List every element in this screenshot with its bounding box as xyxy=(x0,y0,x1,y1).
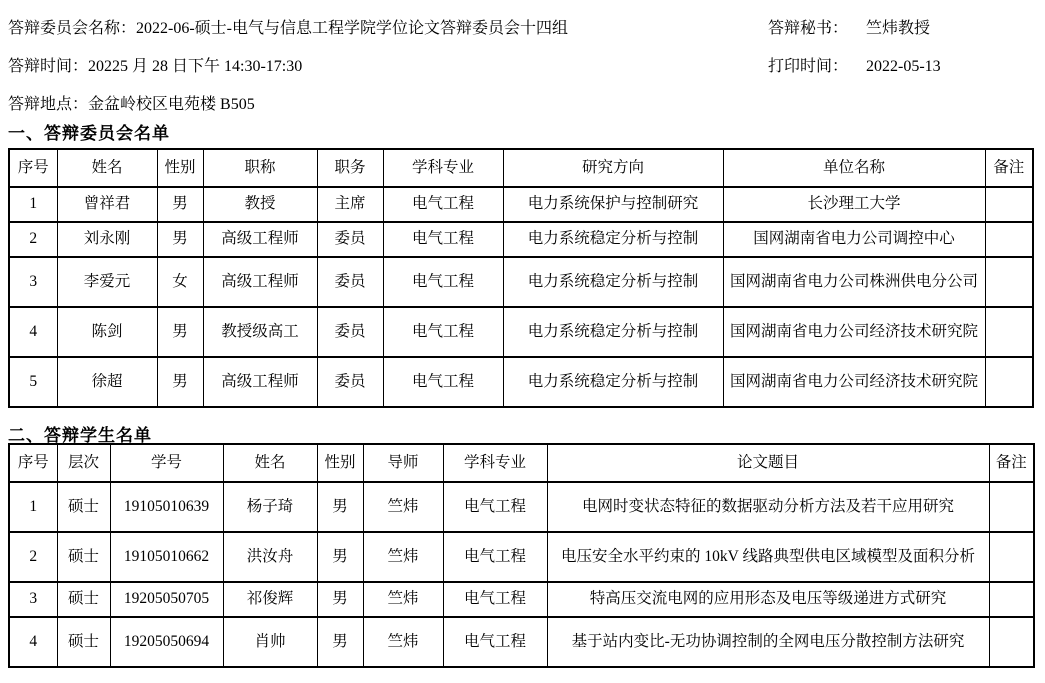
cell: 委员 xyxy=(317,222,383,257)
cell: 电力系统稳定分析与控制 xyxy=(503,307,723,357)
cell: 1 xyxy=(9,187,57,222)
cell: 电气工程 xyxy=(383,257,503,307)
cell: 刘永刚 xyxy=(57,222,157,257)
cell: 竺炜 xyxy=(363,532,443,582)
committee-name-value: 2022-06-硕士-电气与信息工程学院学位论文答辩委员会十四组 xyxy=(136,20,568,37)
column-header: 序号 xyxy=(9,149,57,187)
cell: 电力系统稳定分析与控制 xyxy=(503,222,723,257)
cell: 2 xyxy=(9,222,57,257)
cell xyxy=(985,257,1033,307)
column-header: 学号 xyxy=(110,444,223,482)
cell xyxy=(989,617,1034,667)
committee-name-label: 答辩委员会名称： xyxy=(8,20,136,37)
cell: 竺炜 xyxy=(363,617,443,667)
defense-time-value: 20225 月 28 日下午 14:30-17:30 xyxy=(88,58,302,75)
cell: 高级工程师 xyxy=(203,357,317,407)
cell: 国网湖南省电力公司株洲供电分公司 xyxy=(723,257,985,307)
defense-location-label: 答辩地点： xyxy=(8,96,88,113)
header-meta-right: 答辩秘书：竺炜教授 打印时间：2022-05-13 xyxy=(768,10,941,86)
cell xyxy=(989,532,1034,582)
column-header: 研究方向 xyxy=(503,149,723,187)
committee-name-line: 答辩委员会名称：2022-06-硕士-电气与信息工程学院学位论文答辩委员会十四组 xyxy=(8,10,568,48)
cell: 男 xyxy=(317,582,363,617)
cell: 4 xyxy=(9,307,57,357)
cell: 国网湖南省电力公司调控中心 xyxy=(723,222,985,257)
cell xyxy=(985,357,1033,407)
cell: 19205050705 xyxy=(110,582,223,617)
cell: 电力系统保护与控制研究 xyxy=(503,187,723,222)
committee-table: 序号姓名性别职称职务学科专业研究方向单位名称备注 1曾祥君男教授主席电气工程电力… xyxy=(8,148,1034,408)
cell: 电力系统稳定分析与控制 xyxy=(503,357,723,407)
cell: 男 xyxy=(317,532,363,582)
cell: 19105010662 xyxy=(110,532,223,582)
cell xyxy=(985,222,1033,257)
section1-title: 一、答辩委员会名单 xyxy=(8,119,170,144)
students-table-header-row: 序号层次学号姓名性别导师学科专业论文题目备注 xyxy=(9,444,1034,482)
cell xyxy=(985,307,1033,357)
cell: 基于站内变比-无功协调控制的全网电压分散控制方法研究 xyxy=(547,617,989,667)
cell: 男 xyxy=(157,187,203,222)
defense-time-line: 答辩时间：20225 月 28 日下午 14:30-17:30 xyxy=(8,48,568,86)
cell xyxy=(989,582,1034,617)
cell: 女 xyxy=(157,257,203,307)
column-header: 论文题目 xyxy=(547,444,989,482)
cell: 委员 xyxy=(317,357,383,407)
column-header: 职务 xyxy=(317,149,383,187)
column-header: 学科专业 xyxy=(383,149,503,187)
cell: 19205050694 xyxy=(110,617,223,667)
cell xyxy=(985,187,1033,222)
cell: 电力系统稳定分析与控制 xyxy=(503,257,723,307)
cell: 杨子琦 xyxy=(223,482,317,532)
table-row: 2硕士19105010662洪汝舟男竺炜电气工程电压安全水平约束的 10kV 线… xyxy=(9,532,1034,582)
cell: 1 xyxy=(9,482,57,532)
cell: 教授级高工 xyxy=(203,307,317,357)
cell: 祁俊辉 xyxy=(223,582,317,617)
table-row: 3李爱元女高级工程师委员电气工程电力系统稳定分析与控制国网湖南省电力公司株洲供电… xyxy=(9,257,1033,307)
committee-table-header-row: 序号姓名性别职称职务学科专业研究方向单位名称备注 xyxy=(9,149,1033,187)
print-time-line: 打印时间：2022-05-13 xyxy=(768,48,941,86)
print-time-label: 打印时间： xyxy=(768,58,848,75)
secretary-label: 答辩秘书： xyxy=(768,20,848,37)
cell: 电网时变状态特征的数据驱动分析方法及若干应用研究 xyxy=(547,482,989,532)
header-meta-left: 答辩委员会名称：2022-06-硕士-电气与信息工程学院学位论文答辩委员会十四组… xyxy=(8,10,568,124)
column-header: 备注 xyxy=(985,149,1033,187)
column-header: 层次 xyxy=(57,444,110,482)
cell: 电气工程 xyxy=(443,617,547,667)
cell: 肖帅 xyxy=(223,617,317,667)
column-header: 职称 xyxy=(203,149,317,187)
cell: 高级工程师 xyxy=(203,222,317,257)
cell: 5 xyxy=(9,357,57,407)
cell: 男 xyxy=(317,482,363,532)
cell: 电气工程 xyxy=(443,582,547,617)
cell: 曾祥君 xyxy=(57,187,157,222)
cell: 李爱元 xyxy=(57,257,157,307)
cell: 洪汝舟 xyxy=(223,532,317,582)
cell: 电压安全水平约束的 10kV 线路典型供电区域模型及面积分析 xyxy=(547,532,989,582)
cell: 陈剑 xyxy=(57,307,157,357)
cell: 特高压交流电网的应用形态及电压等级递进方式研究 xyxy=(547,582,989,617)
cell: 徐超 xyxy=(57,357,157,407)
cell: 男 xyxy=(157,222,203,257)
table-row: 5徐超男高级工程师委员电气工程电力系统稳定分析与控制国网湖南省电力公司经济技术研… xyxy=(9,357,1033,407)
cell: 电气工程 xyxy=(383,307,503,357)
column-header: 姓名 xyxy=(57,149,157,187)
cell: 国网湖南省电力公司经济技术研究院 xyxy=(723,357,985,407)
cell: 3 xyxy=(9,257,57,307)
cell: 硕士 xyxy=(57,617,110,667)
cell: 硕士 xyxy=(57,482,110,532)
table-row: 3硕士19205050705祁俊辉男竺炜电气工程特高压交流电网的应用形态及电压等… xyxy=(9,582,1034,617)
table-row: 4陈剑男教授级高工委员电气工程电力系统稳定分析与控制国网湖南省电力公司经济技术研… xyxy=(9,307,1033,357)
cell: 电气工程 xyxy=(383,187,503,222)
table-row: 4硕士19205050694肖帅男竺炜电气工程基于站内变比-无功协调控制的全网电… xyxy=(9,617,1034,667)
cell: 电气工程 xyxy=(383,357,503,407)
cell: 男 xyxy=(157,357,203,407)
document-page: 答辩委员会名称：2022-06-硕士-电气与信息工程学院学位论文答辩委员会十四组… xyxy=(0,0,1045,683)
cell: 竺炜 xyxy=(363,582,443,617)
column-header: 单位名称 xyxy=(723,149,985,187)
defense-location-value: 金盆岭校区电苑楼 B505 xyxy=(88,96,255,113)
column-header: 性别 xyxy=(157,149,203,187)
cell: 19105010639 xyxy=(110,482,223,532)
cell: 2 xyxy=(9,532,57,582)
cell: 男 xyxy=(157,307,203,357)
cell: 4 xyxy=(9,617,57,667)
cell: 硕士 xyxy=(57,532,110,582)
column-header: 学科专业 xyxy=(443,444,547,482)
print-time-value: 2022-05-13 xyxy=(866,58,941,75)
cell: 高级工程师 xyxy=(203,257,317,307)
column-header: 导师 xyxy=(363,444,443,482)
cell: 委员 xyxy=(317,257,383,307)
column-header: 序号 xyxy=(9,444,57,482)
table-row: 1曾祥君男教授主席电气工程电力系统保护与控制研究长沙理工大学 xyxy=(9,187,1033,222)
cell: 竺炜 xyxy=(363,482,443,532)
cell: 男 xyxy=(317,617,363,667)
students-table: 序号层次学号姓名性别导师学科专业论文题目备注 1硕士19105010639杨子琦… xyxy=(8,443,1035,668)
cell: 电气工程 xyxy=(383,222,503,257)
cell: 教授 xyxy=(203,187,317,222)
cell: 3 xyxy=(9,582,57,617)
secretary-value: 竺炜教授 xyxy=(866,20,930,37)
cell xyxy=(989,482,1034,532)
column-header: 姓名 xyxy=(223,444,317,482)
column-header: 备注 xyxy=(989,444,1034,482)
cell: 国网湖南省电力公司经济技术研究院 xyxy=(723,307,985,357)
cell: 主席 xyxy=(317,187,383,222)
column-header: 性别 xyxy=(317,444,363,482)
table-row: 1硕士19105010639杨子琦男竺炜电气工程电网时变状态特征的数据驱动分析方… xyxy=(9,482,1034,532)
table-row: 2刘永刚男高级工程师委员电气工程电力系统稳定分析与控制国网湖南省电力公司调控中心 xyxy=(9,222,1033,257)
cell: 电气工程 xyxy=(443,532,547,582)
cell: 委员 xyxy=(317,307,383,357)
cell: 电气工程 xyxy=(443,482,547,532)
defense-time-label: 答辩时间： xyxy=(8,58,88,75)
secretary-line: 答辩秘书：竺炜教授 xyxy=(768,10,941,48)
cell: 长沙理工大学 xyxy=(723,187,985,222)
cell: 硕士 xyxy=(57,582,110,617)
